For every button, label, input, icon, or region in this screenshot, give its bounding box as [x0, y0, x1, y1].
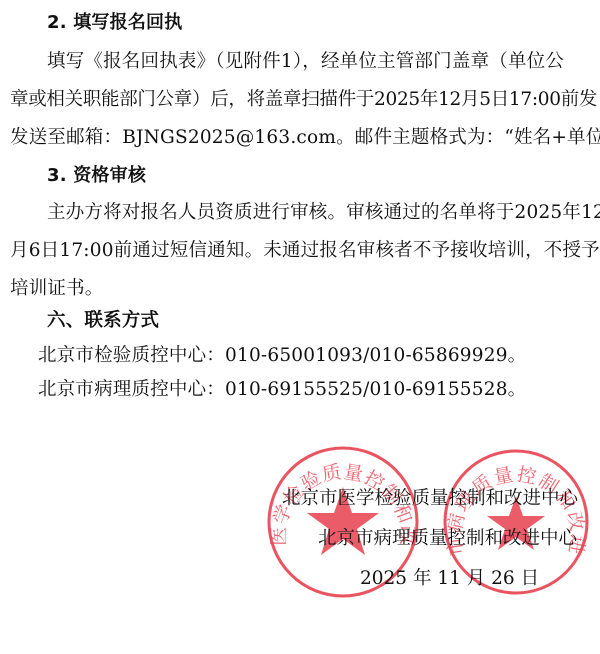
contact-line: 北京市病理质控中心：010-69155525/010-69155528。: [38, 379, 526, 401]
paragraph-line: 填写《报名回执表》（见附件1），经单位主管部门盖章（单位公: [47, 51, 564, 73]
section-2-heading: 2. 填写报名回执: [47, 12, 182, 34]
signature-date: 2025 年 11 月 26 日: [360, 568, 539, 590]
paragraph-line: 发送至邮箱：BJNGS2025@163.com。邮件主题格式为：“姓名+单位”。: [10, 127, 600, 149]
paragraph-line: 培训证书。: [10, 278, 104, 300]
section-6-heading: 六、联系方式: [47, 310, 159, 332]
contact-line: 北京市检验质控中心：010-65001093/010-65869929。: [38, 345, 526, 367]
paragraph-line: 章或相关职能部门公章）后，将盖章扫描件于2025年12月5日17:00前发: [10, 89, 597, 111]
section-3-heading: 3. 资格审核: [47, 165, 146, 187]
paragraph-line: 主办方将对报名人员资质进行审核。审核通过的名单将于2025年12: [47, 202, 600, 224]
paragraph-line: 月6日17:00前通过短信通知。未通过报名审核者不予接收培训，不授予: [10, 240, 600, 262]
signature-org-2: 北京市病理质量控制和改进中心: [318, 528, 577, 550]
signature-org-1: 北京市医学检验质量控制和改进中心: [282, 488, 578, 510]
